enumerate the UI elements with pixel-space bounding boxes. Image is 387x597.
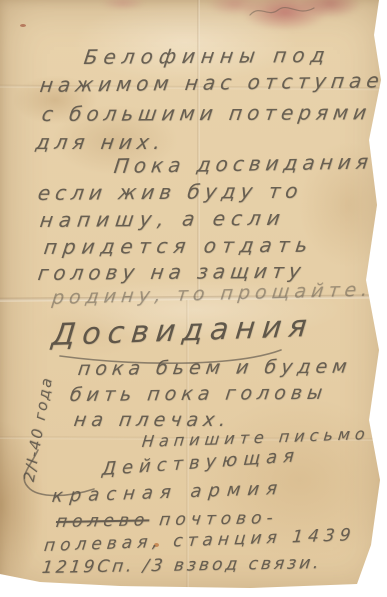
red-stain	[190, 0, 365, 40]
line-18-rest: почтово-	[158, 508, 279, 530]
ink-speck	[20, 24, 26, 27]
handwritten-line-6: если жив буду то	[36, 179, 304, 205]
handwritten-line-4: для них.	[34, 130, 167, 154]
photo-of-letter: Белофинны под нажимом нас отступает с бо…	[0, 0, 387, 597]
handwritten-line-7: напишу, а если	[38, 206, 287, 232]
handwritten-line-16: Действующая	[101, 445, 300, 480]
handwritten-line-11: Досвидания	[50, 309, 315, 353]
handwritten-line-13: бить пока головы	[69, 382, 329, 406]
handwritten-line-8: придется отдать	[42, 233, 315, 259]
handwritten-line-14: на плечах.	[72, 409, 232, 431]
red-stain-smear	[88, 0, 158, 14]
handwritten-line-20: 1219Сп. /3 взвод связи.	[41, 553, 323, 578]
handwritten-line-17: красная армия	[51, 478, 285, 507]
letter-paper: Белофинны под нажимом нас отступает с бо…	[0, 0, 387, 597]
handwritten-line-5: Пока досвидания	[113, 149, 375, 178]
crossed-out-word: полево	[55, 510, 151, 532]
handwritten-line-2: нажимом нас отступает	[38, 68, 387, 97]
handwritten-line-12: пока бьем и будем	[77, 356, 354, 380]
handwritten-line-3: с большими потерями	[40, 100, 373, 126]
handwritten-line-1: Белофинны под	[82, 43, 332, 69]
